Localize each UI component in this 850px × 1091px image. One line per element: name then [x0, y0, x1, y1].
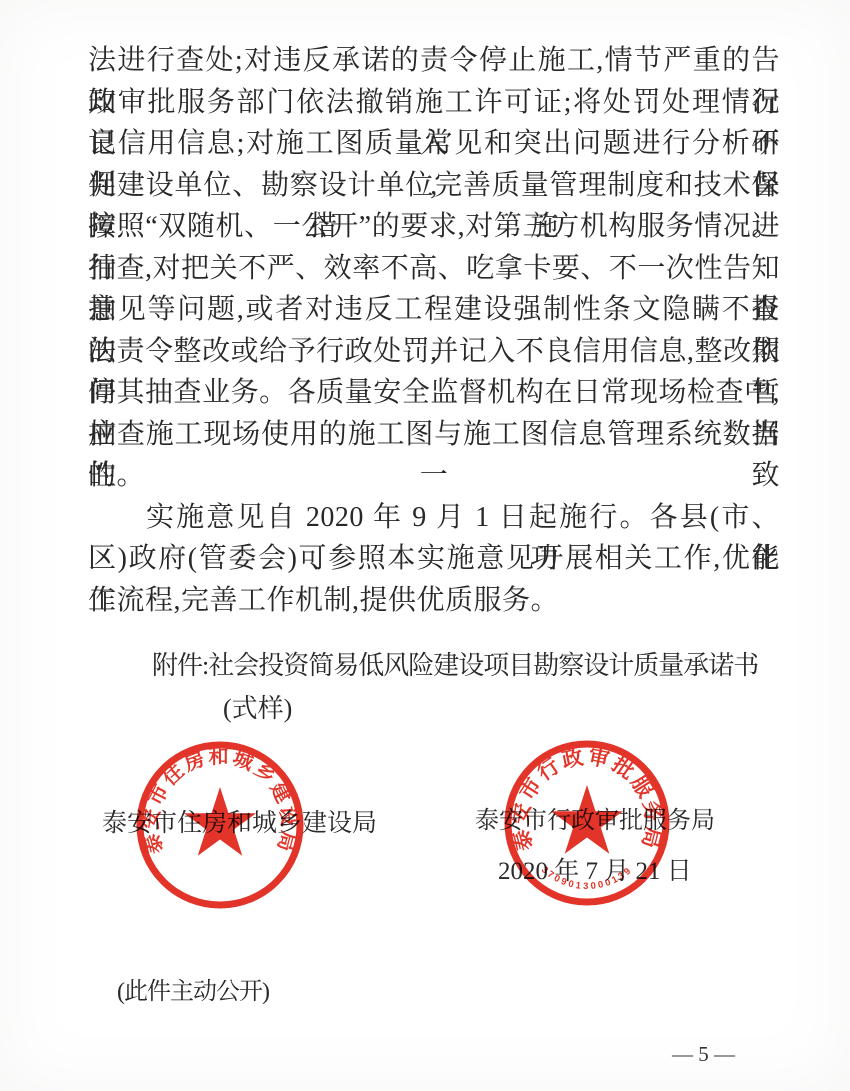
disclosure-note: (此件主动公开) [117, 971, 269, 1006]
body-line: 作流程,完善工作机制,提供优质服务。 [88, 580, 780, 622]
body-line: 法进行查处;对违反承诺的责令停止施工,情节严重的告知行 [88, 40, 780, 82]
body-line: 法责令整改或给予行政处罚并记入不良信用信息,整改期间暂 [88, 331, 780, 373]
body-line: 意见等问题,或者对违反工程建设强制性条文隐瞒不报的,依 [88, 289, 780, 331]
body-line: 区)政府(管委会)可参照本实施意见开展相关工作,优化工 [88, 538, 780, 580]
document-page: 法进行查处;对违反承诺的责令停止施工,情节严重的告知行 政审批服务部门依法撤销施… [0, 0, 850, 1091]
body-line: 政审批服务部门依法撤销施工许可证;将处罚处理情况记入不 [88, 82, 780, 124]
attachment-subtitle: (式样) [223, 688, 292, 725]
star-icon [184, 787, 256, 856]
page-number: — 5 — [672, 1042, 735, 1067]
body-line: 实施意见自 2020 年 9 月 1 日起施行。各县(市、区、功能 [88, 497, 780, 539]
body-paragraphs: 法进行查处;对违反承诺的责令停止施工,情节严重的告知行 政审批服务部门依法撤销施… [88, 40, 780, 621]
body-line: 促建设单位、勘察设计单位完善质量管理制度和技术保障措施。 [88, 165, 780, 207]
body-line: 停其抽查业务。各质量安全监督机构在日常现场检查中,应当 [88, 372, 780, 414]
body-line: 按照“双随机、一公开”的要求,对第三方机构服务情况进行 [88, 206, 780, 248]
svg-text:3709013000139: 3709013000139 [539, 864, 635, 892]
seal-serial-number: 3709013000139 [539, 864, 635, 892]
star-icon [551, 785, 623, 854]
body-line: 抽查,对把关不严、效率不高、吃拿卡要、不一次性告知抽查 [88, 248, 780, 290]
body-line: 抽查施工现场使用的施工图与施工图信息管理系统数据的一致 [88, 414, 780, 456]
body-line: 良信用信息;对施工图质量常见和突出问题进行分析研判,督 [88, 123, 780, 165]
left-official-seal: 泰安市住房和城乡建设局 [132, 735, 308, 915]
right-official-seal: 泰安市行政审批服务局 3709013000139 [500, 736, 674, 910]
attachment-title: 附件:社会投资简易低风险建设项目勘察设计质量承诺书 [152, 645, 758, 682]
